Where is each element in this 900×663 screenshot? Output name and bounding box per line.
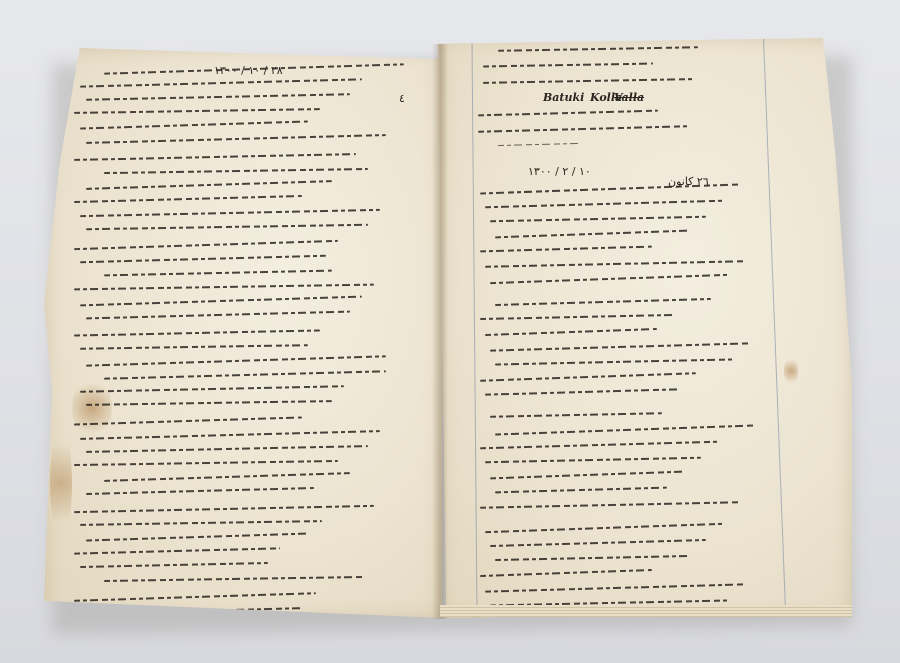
handwritten-line <box>104 472 350 482</box>
handwritten-line <box>480 372 696 382</box>
handwritten-line <box>74 153 356 161</box>
handwritten-line <box>104 168 368 174</box>
item-number: ٤ <box>399 92 405 105</box>
handwritten-line <box>485 260 745 267</box>
handwritten-line <box>483 63 653 68</box>
handwritten-line <box>80 430 380 440</box>
book-gutter <box>432 44 448 619</box>
handwritten-line <box>74 240 338 250</box>
handwritten-line <box>86 180 332 190</box>
handwritten-line <box>74 592 316 602</box>
handwritten-line <box>480 246 652 253</box>
latin-word: Batuki <box>543 91 584 104</box>
handwritten-line <box>86 400 332 406</box>
handwritten-line <box>495 487 667 494</box>
handwritten-line <box>86 134 386 144</box>
handwritten-line <box>490 274 728 284</box>
handwritten-line <box>485 200 723 209</box>
handwritten-line <box>485 388 679 395</box>
right-page: Batuki Kolla Valla ١٠ / ٢ / ١٣٠٠ ٢٦ كانو… <box>438 38 852 618</box>
handwritten-line <box>495 298 711 306</box>
handwritten-line <box>104 576 364 582</box>
handwritten-line <box>485 328 657 336</box>
handwritten-line <box>86 487 314 495</box>
handwritten-line <box>74 505 374 513</box>
handwritten-line <box>104 270 332 277</box>
handwritten-line <box>86 224 368 230</box>
handwritten-line <box>490 539 706 547</box>
handwritten-line <box>490 412 662 418</box>
handwritten-line <box>480 441 718 450</box>
handwritten-line <box>74 329 320 336</box>
handwritten-line <box>104 370 386 379</box>
latin-word-struck: Valla <box>614 91 644 104</box>
handwritten-line <box>86 93 350 101</box>
left-page: ٤ ٢٨ / ١٠ / ١٣٠٠ <box>44 48 442 618</box>
handwritten-line <box>80 296 362 307</box>
handwritten-line <box>80 344 308 350</box>
handwritten-line <box>490 471 684 480</box>
handwritten-line <box>74 547 280 554</box>
handwritten-line <box>478 110 658 117</box>
handwritten-line <box>86 355 386 366</box>
handwritten-line <box>80 255 326 263</box>
handwritten-line <box>80 120 308 129</box>
handwritten-line <box>495 424 755 435</box>
handwritten-line <box>490 342 750 351</box>
handwritten-line <box>495 230 689 239</box>
handwritten-line <box>80 520 322 526</box>
handwritten-line <box>86 532 310 541</box>
handwritten-line <box>498 143 578 146</box>
page-stack-edge <box>440 605 852 617</box>
handwritten-line <box>74 108 320 114</box>
handwritten-line <box>498 46 698 51</box>
handwritten-line <box>485 457 701 464</box>
handwritten-line <box>485 523 723 533</box>
handwritten-line <box>480 501 740 508</box>
handwritten-line <box>480 314 674 320</box>
handwritten-line <box>483 78 693 84</box>
photo-scene: ٤ ٢٨ / ١٠ / ١٣٠٠ Batuki Kolla Valla ١٠ /… <box>0 0 900 663</box>
handwritten-line <box>480 183 740 194</box>
handwritten-line <box>74 195 302 203</box>
handwritten-line <box>495 359 733 366</box>
handwritten-line <box>86 445 368 453</box>
left-margin-rule <box>471 38 477 618</box>
handwritten-line <box>485 583 745 592</box>
date-label: ١٠ / ٢ / ١٣٠٠ <box>528 165 591 178</box>
handwritten-line <box>86 311 350 320</box>
water-stain <box>72 378 112 438</box>
header-date: ٢٨ / ١٠ / ١٣٠٠ <box>214 64 283 77</box>
handwritten-line <box>80 78 362 87</box>
handwritten-line <box>495 555 689 561</box>
edge-stain <box>50 428 72 538</box>
handwritten-line <box>74 460 338 466</box>
right-margin-rule <box>763 38 786 618</box>
handwritten-line <box>478 125 688 132</box>
handwritten-line <box>80 385 344 393</box>
handwritten-line <box>490 216 706 223</box>
handwritten-line <box>74 284 374 291</box>
handwritten-line <box>80 562 268 568</box>
ink-spot <box>784 356 798 386</box>
handwritten-line <box>80 209 380 217</box>
handwritten-line <box>480 569 652 577</box>
